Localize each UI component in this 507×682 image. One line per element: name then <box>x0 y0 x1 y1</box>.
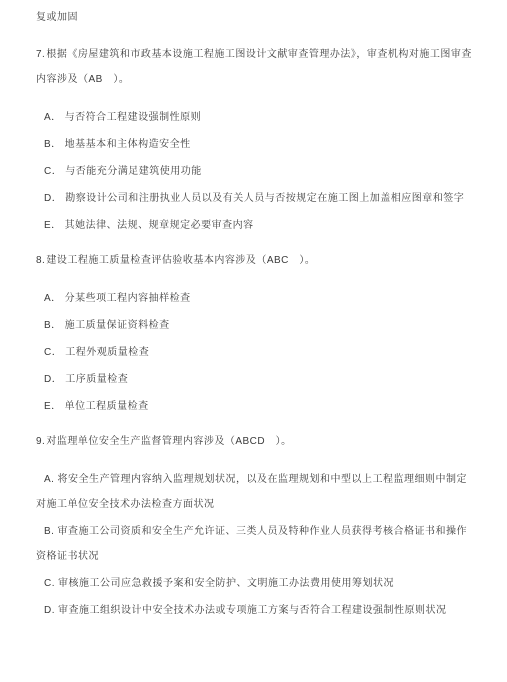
option-label: C． <box>44 166 62 177</box>
option-row: B.审查施工公司资质和安全生产允许证、三类人员及特种作业人员获得考核合格证书和操… <box>36 519 472 569</box>
question-7-options: A．与否符合工程建设强制性原则 B．地基基本和主体构造安全性 C．与否能充分满足… <box>36 105 472 238</box>
option-label: B． <box>44 320 62 331</box>
question-number: 8. <box>36 255 45 266</box>
option-label: E． <box>44 401 62 412</box>
option-row: E．其她法律、法规、规章规定必要审查内容 <box>36 213 472 238</box>
option-label: B. <box>44 526 54 537</box>
question-body: 根据《房屋建筑和市政基本设施工程施工图设计文献审查管理办法》，审查机构对施工图审… <box>36 49 472 85</box>
option-row: D．工序质量检查 <box>36 367 472 392</box>
question-9: 9.对监理单位安全生产监督管理内容涉及（ABCD ）。 A.将安全生产管理内容纳… <box>36 429 472 623</box>
option-row: E．单位工程质量检查 <box>36 394 472 419</box>
option-row: B．施工质量保证资料检查 <box>36 313 472 338</box>
option-text: 审核施工公司应急救援予案和安全防护、文明施工办法费用使用筹划状况 <box>58 578 394 589</box>
option-label: E． <box>44 220 62 231</box>
option-label: D. <box>44 605 55 616</box>
document-page: 复或加固 7.根据《房屋建筑和市政基本设施工程施工图设计文献审查管理办法》，审查… <box>0 0 507 682</box>
question-9-options: A.将安全生产管理内容纳入监理规划状况，以及在监理规划和中型以上工程监理细则中制… <box>36 467 472 623</box>
option-text: 工程外观质量检查 <box>65 347 149 358</box>
fragment-text: 复或加固 <box>36 5 472 30</box>
option-text: 与否能充分满足建筑使用功能 <box>65 166 202 177</box>
option-row: A．与否符合工程建设强制性原则 <box>36 105 472 130</box>
question-number: 7. <box>36 49 45 60</box>
option-label: C. <box>44 578 55 589</box>
option-text: 地基基本和主体构造安全性 <box>65 139 191 150</box>
option-row: C.审核施工公司应急救援予案和安全防护、文明施工办法费用使用筹划状况 <box>36 571 472 596</box>
option-text: 审查施工公司资质和安全生产允许证、三类人员及特种作业人员获得考核合格证书和操作资… <box>36 526 467 562</box>
question-body: 对监理单位安全生产监督管理内容涉及（ABCD ）。 <box>46 436 291 447</box>
option-row: D．勘察设计公司和注册执业人员以及有关人员与否按规定在施工图上加盖相应图章和签字 <box>36 186 472 211</box>
option-row: A.将安全生产管理内容纳入监理规划状况，以及在监理规划和中型以上工程监理细则中制… <box>36 467 472 517</box>
option-text: 其她法律、法规、规章规定必要审查内容 <box>65 220 254 231</box>
option-text: 工序质量检查 <box>65 374 128 385</box>
option-label: A． <box>44 293 62 304</box>
option-row: A．分某些项工程内容抽样检查 <box>36 286 472 311</box>
question-body: 建设工程施工质量检查评估验收基本内容涉及（ABC ）。 <box>46 255 315 266</box>
option-row: C．工程外观质量检查 <box>36 340 472 365</box>
question-8-options: A．分某些项工程内容抽样检查 B．施工质量保证资料检查 C．工程外观质量检查 D… <box>36 286 472 419</box>
option-label: D． <box>44 193 62 204</box>
option-text: 将安全生产管理内容纳入监理规划状况，以及在监理规划和中型以上工程监理细则中制定对… <box>36 474 467 510</box>
question-8-text: 8.建设工程施工质量检查评估验收基本内容涉及（ABC ）。 <box>36 248 472 273</box>
question-number: 9. <box>36 436 45 447</box>
option-label: A． <box>44 112 62 123</box>
option-label: D． <box>44 374 62 385</box>
option-label: C． <box>44 347 62 358</box>
option-text: 单位工程质量检查 <box>65 401 149 412</box>
question-8: 8.建设工程施工质量检查评估验收基本内容涉及（ABC ）。 A．分某些项工程内容… <box>36 248 472 419</box>
option-label: A. <box>44 474 54 485</box>
option-text: 与否符合工程建设强制性原则 <box>65 112 202 123</box>
option-row: B．地基基本和主体构造安全性 <box>36 132 472 157</box>
question-7: 7.根据《房屋建筑和市政基本设施工程施工图设计文献审查管理办法》，审查机构对施工… <box>36 42 472 238</box>
question-7-text: 7.根据《房屋建筑和市政基本设施工程施工图设计文献审查管理办法》，审查机构对施工… <box>36 42 472 92</box>
option-row: D.审查施工组织设计中安全技术办法或专项施工方案与否符合工程建设强制性原则状况 <box>36 598 472 623</box>
question-9-text: 9.对监理单位安全生产监督管理内容涉及（ABCD ）。 <box>36 429 472 454</box>
option-text: 施工质量保证资料检查 <box>65 320 170 331</box>
option-text: 勘察设计公司和注册执业人员以及有关人员与否按规定在施工图上加盖相应图章和签字 <box>65 193 464 204</box>
option-label: B． <box>44 139 62 150</box>
option-row: C．与否能充分满足建筑使用功能 <box>36 159 472 184</box>
option-text: 审查施工组织设计中安全技术办法或专项施工方案与否符合工程建设强制性原则状况 <box>58 605 447 616</box>
option-text: 分某些项工程内容抽样检查 <box>65 293 191 304</box>
